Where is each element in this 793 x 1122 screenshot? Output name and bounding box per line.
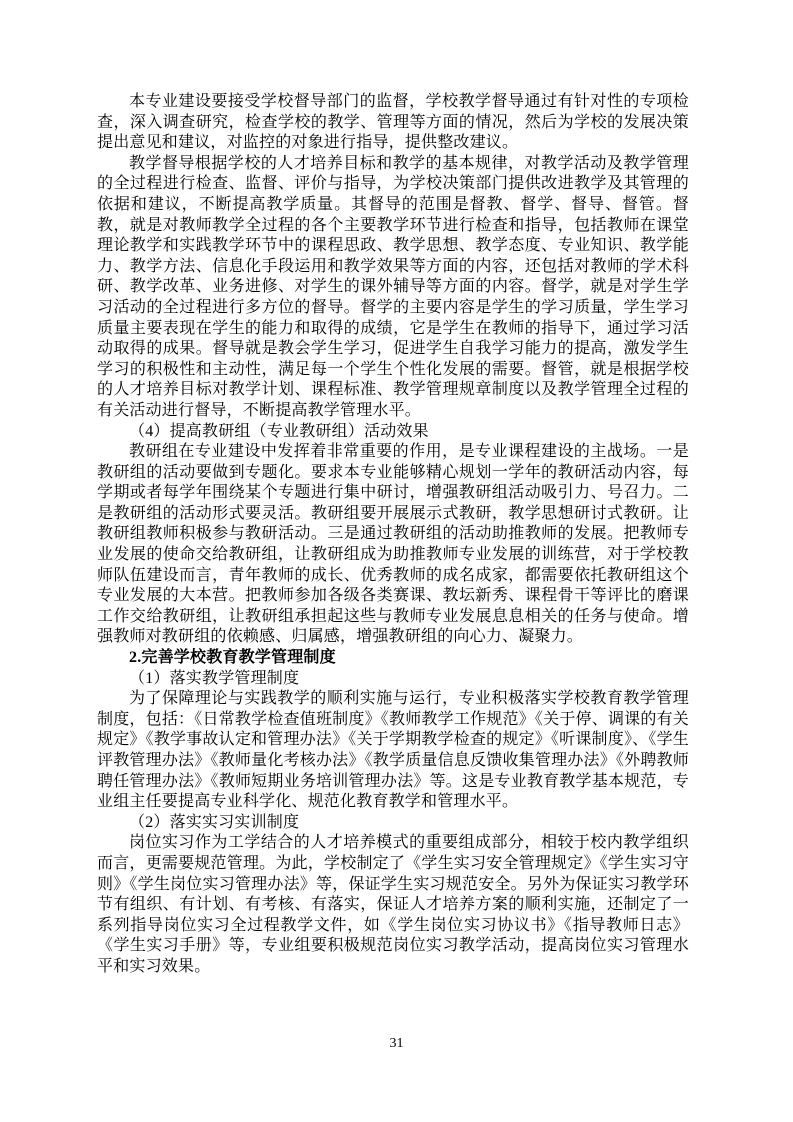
paragraph-supervision-intro: 本专业建设要接受学校督导部门的监督，学校教学督导通过有针对性的专项检查，深入调查… [97, 92, 689, 154]
paragraph-teaching-management-system: 为了保障理论与实践教学的顺利实施与运行，专业积极落实学校教育教学管理制度，包括：… [97, 689, 689, 813]
page-number: 31 [390, 1036, 404, 1051]
subheading-1-teaching-management-system: （1）落实教学管理制度 [97, 669, 689, 690]
document-body: 本专业建设要接受学校督导部门的监督，学校教学督导通过有针对性的专项检查，深入调查… [97, 92, 689, 978]
subheading-2-internship-system: （2）落实实习实训制度 [97, 813, 689, 834]
paragraph-teaching-research-group: 教研组在专业建设中发挥着非常重要的作用，是专业课程建设的主战场。一是教研组的活动… [97, 442, 689, 648]
document-page: 本专业建设要接受学校督导部门的监督，学校教学督导通过有针对性的专项检查，深入调查… [0, 0, 793, 1122]
paragraph-supervision-scope: 教学督导根据学校的人才培养目标和教学的基本规律，对教学活动及教学管理的全过程进行… [97, 154, 689, 422]
heading-2-improve-management-system: 2.完善学校教育教学管理制度 [97, 648, 689, 669]
subheading-4-teaching-research-group: （4）提高教研组（专业教研组）活动效果 [97, 422, 689, 443]
page-footer: 31 [0, 1034, 793, 1053]
paragraph-internship-system: 岗位实习作为工学结合的人才培养模式的重要组成部分，相较于校内教学组织而言，更需要… [97, 833, 689, 977]
